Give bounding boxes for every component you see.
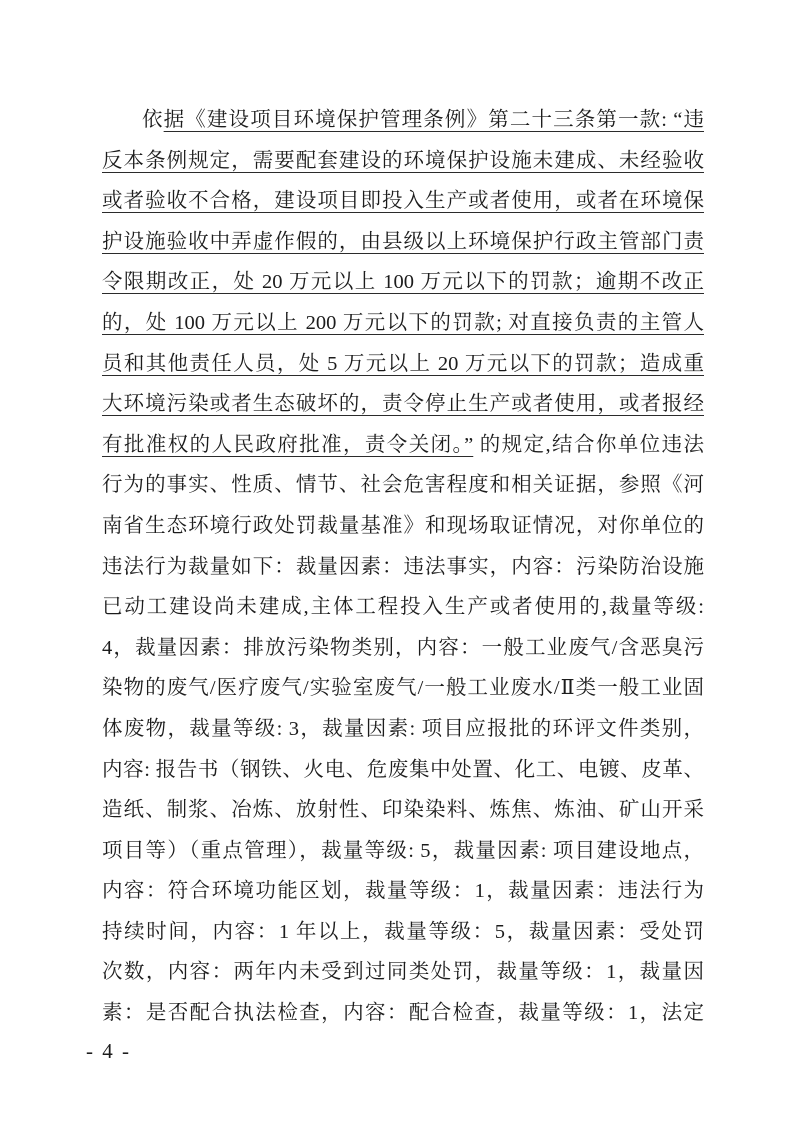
text-segment: 内容: 报告书（钢铁、火电、危废集中处置、化工、电镀、皮革、 — [102, 759, 704, 781]
text-segment: 4，裁量因素：排放污染物类别，内容：一般工业废气/含恶臭污 — [102, 637, 704, 659]
text-segment: 违法行为裁量如下：裁量因素：违法事实，内容：污染防治设施 — [102, 556, 704, 578]
underlined-text-segment: 护设施验收中弄虚作假的，由县级以上环境保护行政主管部门责 — [102, 231, 704, 253]
text-line: 员和其他责任人员，处 5 万元以上 20 万元以下的罚款；造成重 — [102, 344, 704, 385]
text-line: 的，处 100 万元以上 200 万元以下的罚款; 对直接负责的主管人 — [102, 303, 704, 344]
underlined-text-segment: 令限期改正，处 20 万元以上 100 万元以下的罚款；逾期不改正 — [102, 271, 704, 293]
text-line: 染物的废气/医疗废气/实验室废气/一般工业废水/Ⅱ类一般工业固 — [102, 668, 704, 709]
underlined-text-segment: 的，处 100 万元以上 200 万元以下的罚款; 对直接负责的主管人 — [102, 312, 704, 334]
underlined-text-segment: 有批准权的人民政府批准，责令关闭。” — [102, 434, 473, 456]
text-line: 已动工建设尚未建成,主体工程投入生产或者使用的,裁量等级: — [102, 587, 704, 628]
text-line: 违法行为裁量如下：裁量因素：违法事实，内容：污染防治设施 — [102, 547, 704, 588]
text-segment: 依 — [142, 109, 164, 131]
text-segment: 造纸、制浆、冶炼、放射性、印染染料、炼焦、炼油、矿山开采 — [102, 799, 704, 821]
text-segment: 素：是否配合执法检查，内容：配合检查，裁量等级：1，法定 — [102, 1002, 704, 1024]
text-segment: 已动工建设尚未建成,主体工程投入生产或者使用的,裁量等级: — [102, 596, 704, 618]
underlined-text-segment: 据《建设项目环境保护管理条例》第二十三条第一款: “违 — [164, 109, 704, 131]
text-line: 4，裁量因素：排放污染物类别，内容：一般工业废气/含恶臭污 — [102, 628, 704, 669]
document-page: 依据《建设项目环境保护管理条例》第二十三条第一款: “违反本条例规定，需要配套建… — [0, 0, 793, 1122]
text-line: 素：是否配合执法检查，内容：配合检查，裁量等级：1，法定 — [102, 993, 704, 1034]
text-segment: 行为的事实、性质、情节、社会危害程度和相关证据，参照《河 — [102, 474, 704, 496]
text-line: 行为的事实、性质、情节、社会危害程度和相关证据，参照《河 — [102, 465, 704, 506]
underlined-text-segment: 反本条例规定，需要配套建设的环境保护设施未建成、未经验收 — [102, 150, 704, 172]
text-line: 令限期改正，处 20 万元以上 100 万元以下的罚款；逾期不改正 — [102, 262, 704, 303]
text-segment: 南省生态环境行政处罚裁量基准》和现场取证情况，对你单位的 — [102, 515, 704, 537]
text-line: 护设施验收中弄虚作假的，由县级以上环境保护行政主管部门责 — [102, 222, 704, 263]
text-segment: 染物的废气/医疗废气/实验室废气/一般工业废水/Ⅱ类一般工业固 — [102, 677, 704, 699]
text-line: 造纸、制浆、冶炼、放射性、印染染料、炼焦、炼油、矿山开采 — [102, 790, 704, 831]
text-segment: 持续时间，内容：1 年以上，裁量等级：5，裁量因素：受处罚 — [102, 921, 704, 943]
underlined-text-segment: 员和其他责任人员，处 5 万元以上 20 万元以下的罚款；造成重 — [102, 353, 704, 375]
text-segment: 的规定,结合你单位违法 — [473, 434, 704, 456]
text-line: 次数，内容：两年内未受到过同类处罚，裁量等级：1，裁量因 — [102, 952, 704, 993]
text-line: 有批准权的人民政府批准，责令关闭。” 的规定,结合你单位违法 — [102, 425, 704, 466]
underlined-text-segment: 或者验收不合格，建设项目即投入生产或者使用，或者在环境保 — [102, 190, 704, 212]
page-number: - 4 - — [86, 1038, 131, 1064]
text-line: 持续时间，内容：1 年以上，裁量等级：5，裁量因素：受处罚 — [102, 912, 704, 953]
text-line: 或者验收不合格，建设项目即投入生产或者使用，或者在环境保 — [102, 181, 704, 222]
text-line: 体废物，裁量等级: 3，裁量因素: 项目应报批的环评文件类别， — [102, 709, 704, 750]
text-line: 南省生态环境行政处罚裁量基准》和现场取证情况，对你单位的 — [102, 506, 704, 547]
text-line: 内容: 报告书（钢铁、火电、危废集中处置、化工、电镀、皮革、 — [102, 750, 704, 791]
text-line: 项目等）（重点管理），裁量等级: 5，裁量因素: 项目建设地点， — [102, 831, 704, 872]
text-line: 依据《建设项目环境保护管理条例》第二十三条第一款: “违 — [102, 100, 704, 141]
document-body: 依据《建设项目环境保护管理条例》第二十三条第一款: “违反本条例规定，需要配套建… — [102, 100, 704, 1034]
text-segment: 项目等）（重点管理），裁量等级: 5，裁量因素: 项目建设地点， — [102, 840, 704, 862]
text-line: 内容：符合环境功能区划，裁量等级：1，裁量因素：违法行为 — [102, 871, 704, 912]
underlined-text-segment: 大环境污染或者生态破坏的，责令停止生产或者使用，或者报经 — [102, 393, 704, 415]
text-line: 反本条例规定，需要配套建设的环境保护设施未建成、未经验收 — [102, 141, 704, 182]
text-segment: 内容：符合环境功能区划，裁量等级：1，裁量因素：违法行为 — [102, 880, 704, 902]
text-line: 大环境污染或者生态破坏的，责令停止生产或者使用，或者报经 — [102, 384, 704, 425]
text-segment: 次数，内容：两年内未受到过同类处罚，裁量等级：1，裁量因 — [102, 961, 704, 983]
text-segment: 体废物，裁量等级: 3，裁量因素: 项目应报批的环评文件类别， — [102, 718, 704, 740]
